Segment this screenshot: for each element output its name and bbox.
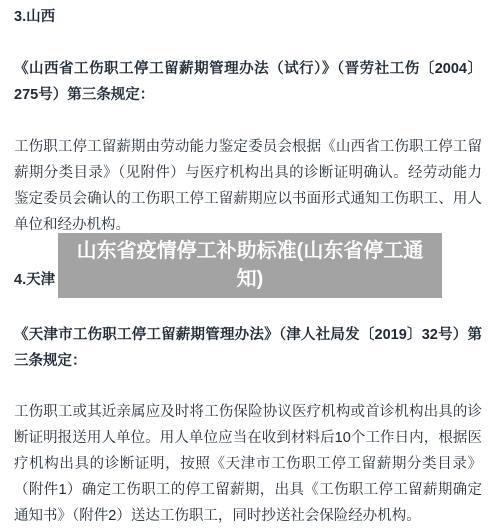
tianjin-regulation-heading: 《天津市工伤职工停工留薪期管理办法》（津人社局发〔2019〕32号）第三条规定： xyxy=(14,322,482,374)
shanxi-regulation-paragraph: 工伤职工停工留薪期由劳动能力鉴定委员会根据《山西省工伤职工停工留薪期分类目录》（… xyxy=(14,134,482,238)
tianjin-regulation-paragraph: 工伤职工或其近亲属应及时将工伤保险协议医疗机构或首诊机构出具的诊断证明报送用人单… xyxy=(14,399,482,529)
shanxi-regulation-heading: 《山西省工伤职工停工留薪期管理办法（试行）》（晋劳社工伤〔2004〕275号）第… xyxy=(14,56,482,108)
overlay-title-banner[interactable]: 山东省疫情停工补助标准(山东省停工通知) xyxy=(58,233,442,298)
section-3-shanxi-label: 3.山西 xyxy=(14,4,482,30)
